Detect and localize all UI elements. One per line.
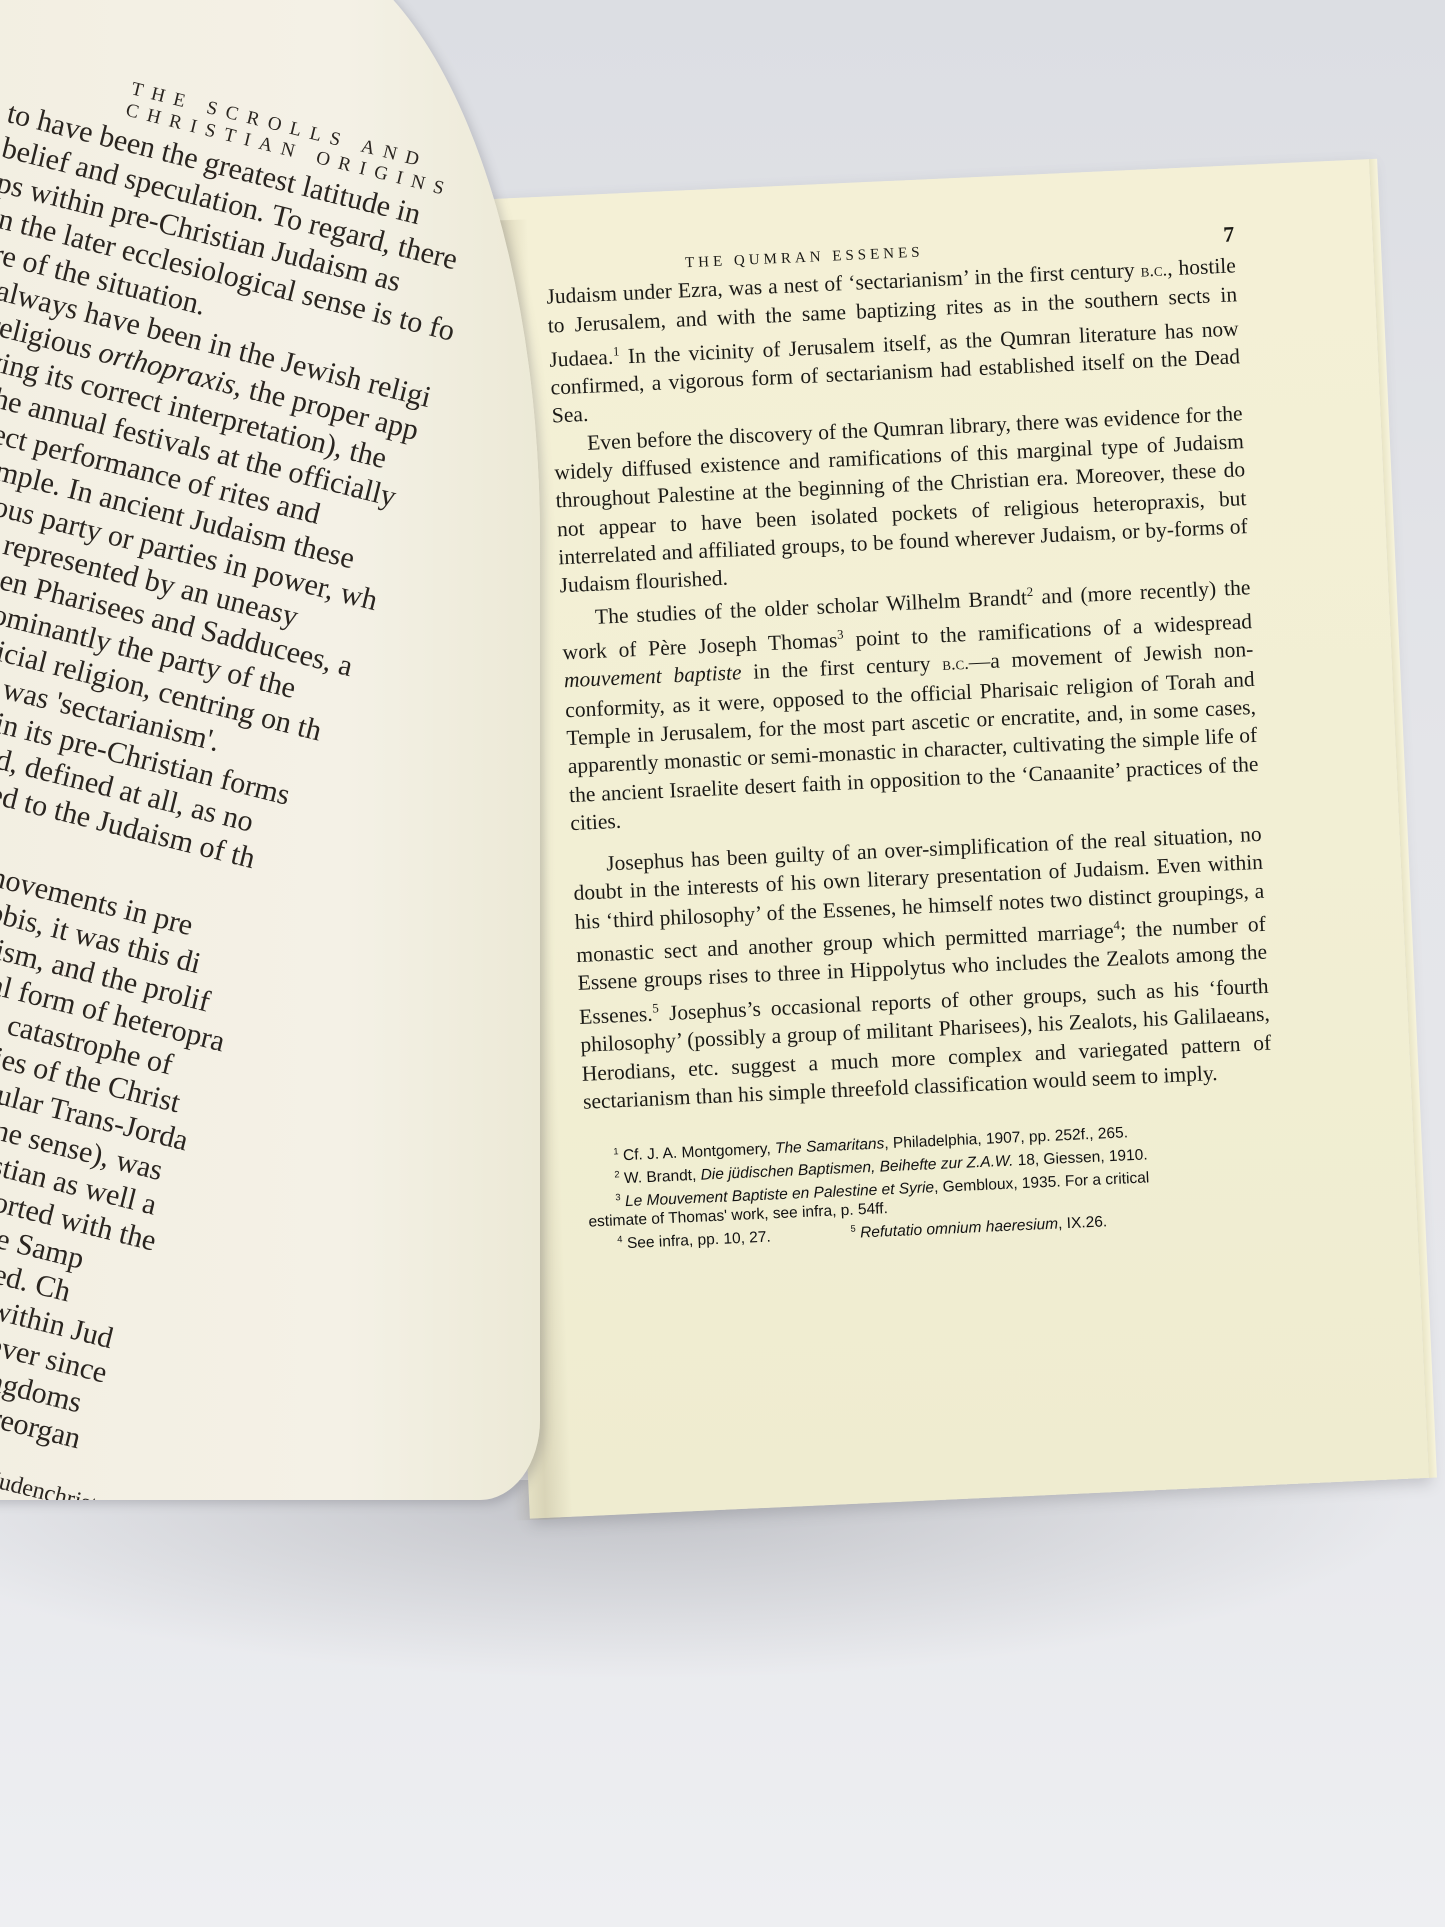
paragraph: The studies of the older scholar Wilhelm… [560,568,1260,837]
page-edge [1369,159,1437,1478]
right-page: The Qumran Essenes 7 Judaism under Ezra,… [470,159,1429,1518]
body-text: Judaism under Ezra, was a nest of ‘secta… [546,251,1273,1116]
paragraph: Even before the discovery of the Qumran … [553,399,1250,600]
left-body-text: ppears to have been the greatest latitud… [0,75,540,1500]
right-page-content: The Qumran Essenes 7 Judaism under Ezra,… [544,221,1279,1254]
paragraph: Josephus has been guilty of an over-simp… [572,820,1273,1116]
page-number: 7 [1223,221,1235,247]
footnotes: 1 Cf. J. A. Montgomery, The Samaritans, … [585,1113,1279,1255]
left-page-content: The Scrolls and Christian Origins ppears… [0,30,540,1500]
left-page: The Scrolls and Christian Origins ppears… [0,0,540,1500]
